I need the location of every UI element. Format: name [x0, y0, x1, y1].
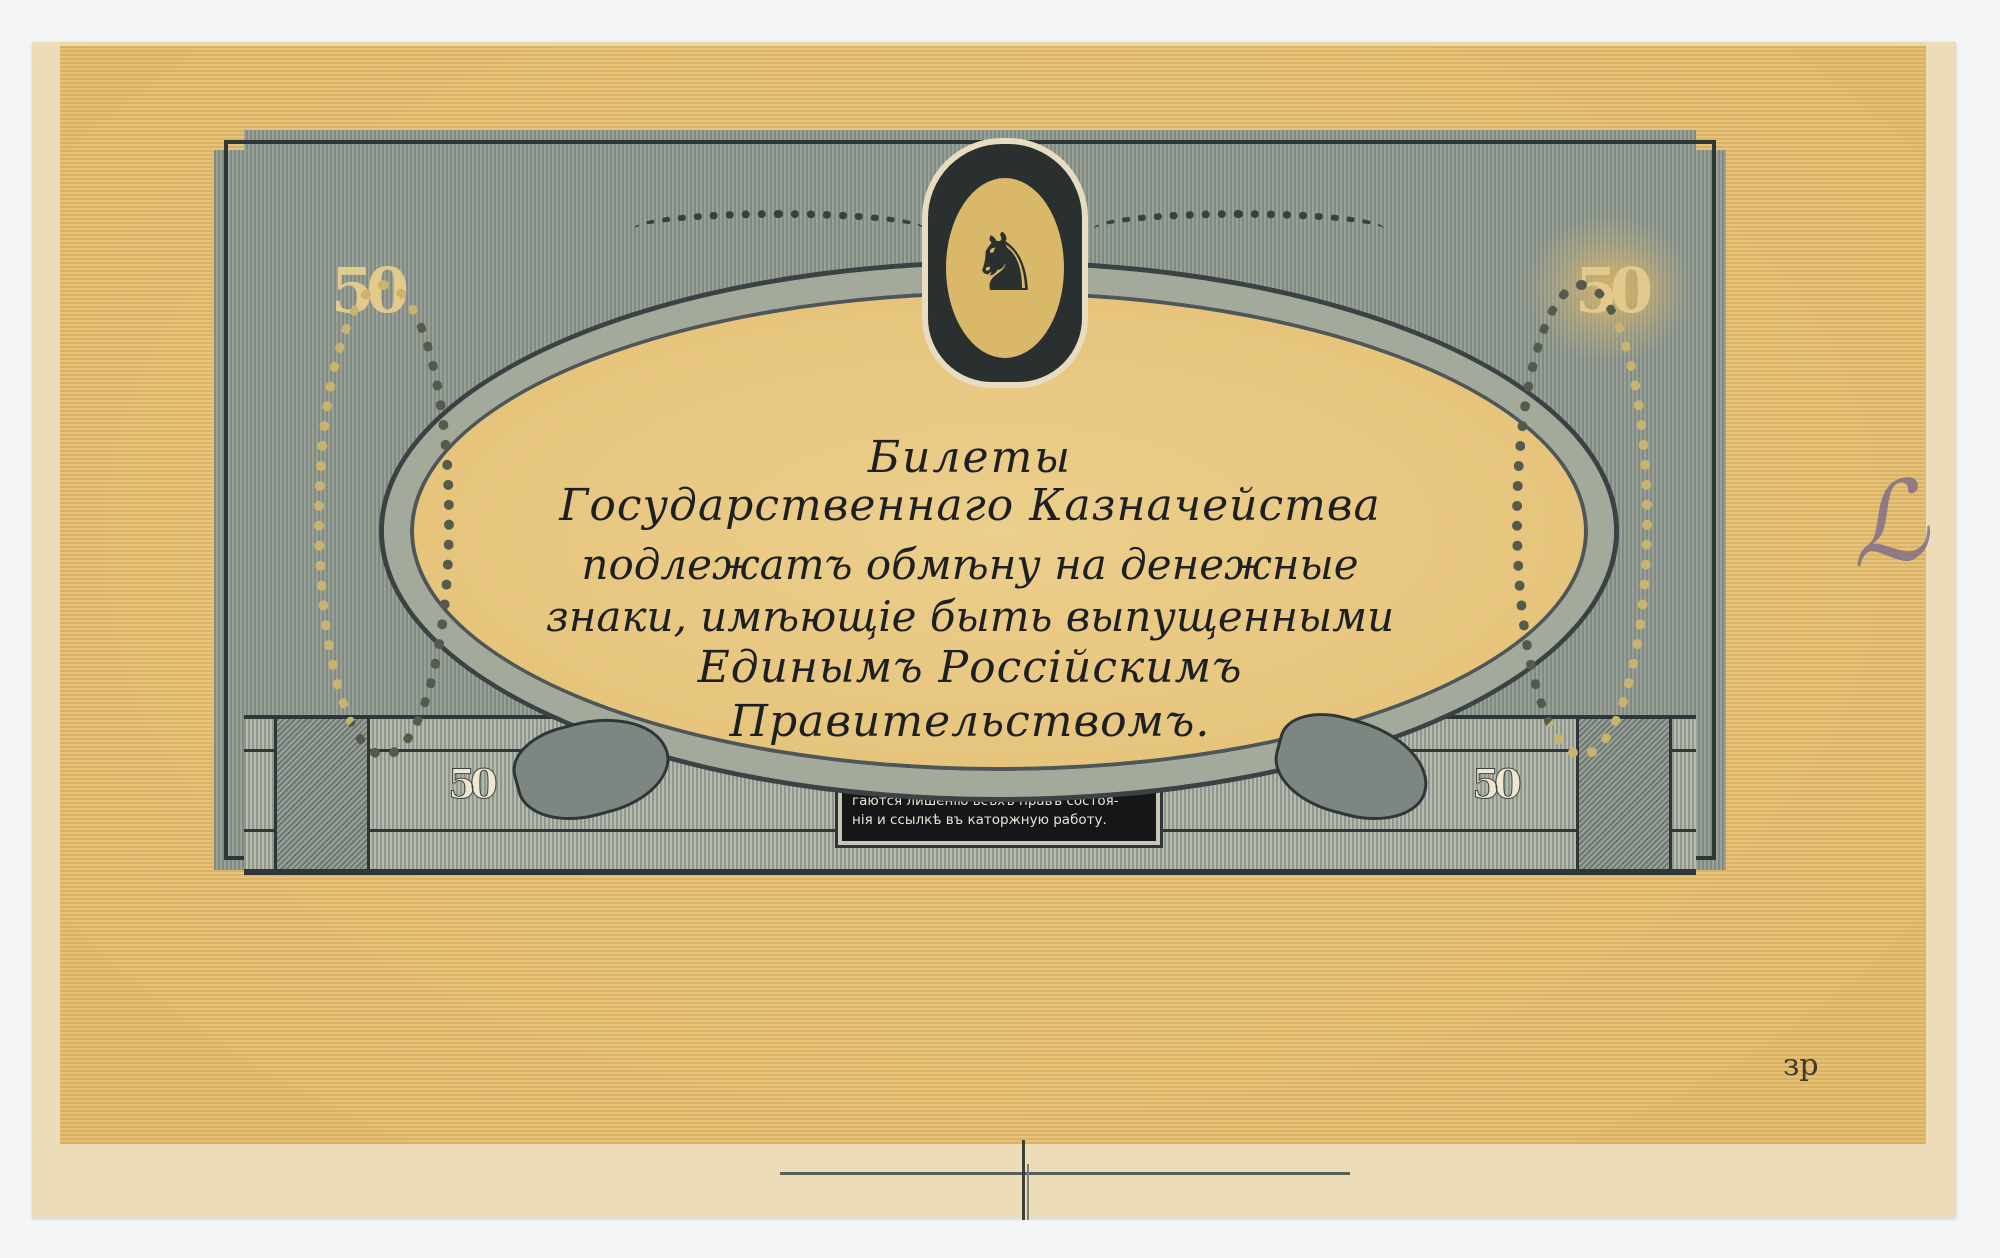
base-denomination-right: 50: [1444, 759, 1544, 809]
coat-of-arms: ♞: [922, 138, 1088, 388]
st-george-icon: ♞: [956, 208, 1054, 318]
body-text-line: Правительствомъ.: [214, 696, 1726, 747]
warning-line: нія и ссылкѣ въ каторжную работу.: [852, 811, 1146, 830]
laurel-branch-left: [634, 210, 924, 248]
heading-text: Билеты: [214, 432, 1726, 483]
body-text-line: Единымъ Россійскимъ: [214, 642, 1726, 693]
laurel-branch-right: [1094, 210, 1384, 248]
paper-margin-left: [32, 42, 60, 1218]
cut-guide-vertical-secondary: [1027, 1164, 1029, 1220]
printer-mark: зр: [1783, 1048, 1819, 1083]
engraved-frame: 50 50 50 50 За поддѣлку билетовъ Государ…: [214, 130, 1726, 878]
cut-guide-vertical: [1022, 1140, 1025, 1220]
body-text-line: знаки, имѣющіе быть выпущенными: [214, 592, 1726, 641]
body-text-line: Государственнаго Казначейства: [214, 480, 1726, 531]
base-denomination-left: 50: [420, 759, 520, 809]
paper-margin-bottom: [32, 1144, 1956, 1218]
paper-margin-right: [1926, 42, 1956, 1218]
cut-guide-horizontal: [780, 1172, 1350, 1175]
body-text-line: подлежатъ обмѣну на денежные: [214, 540, 1726, 589]
banknote: 50 50 50 50 За поддѣлку билетовъ Государ…: [32, 42, 1956, 1218]
